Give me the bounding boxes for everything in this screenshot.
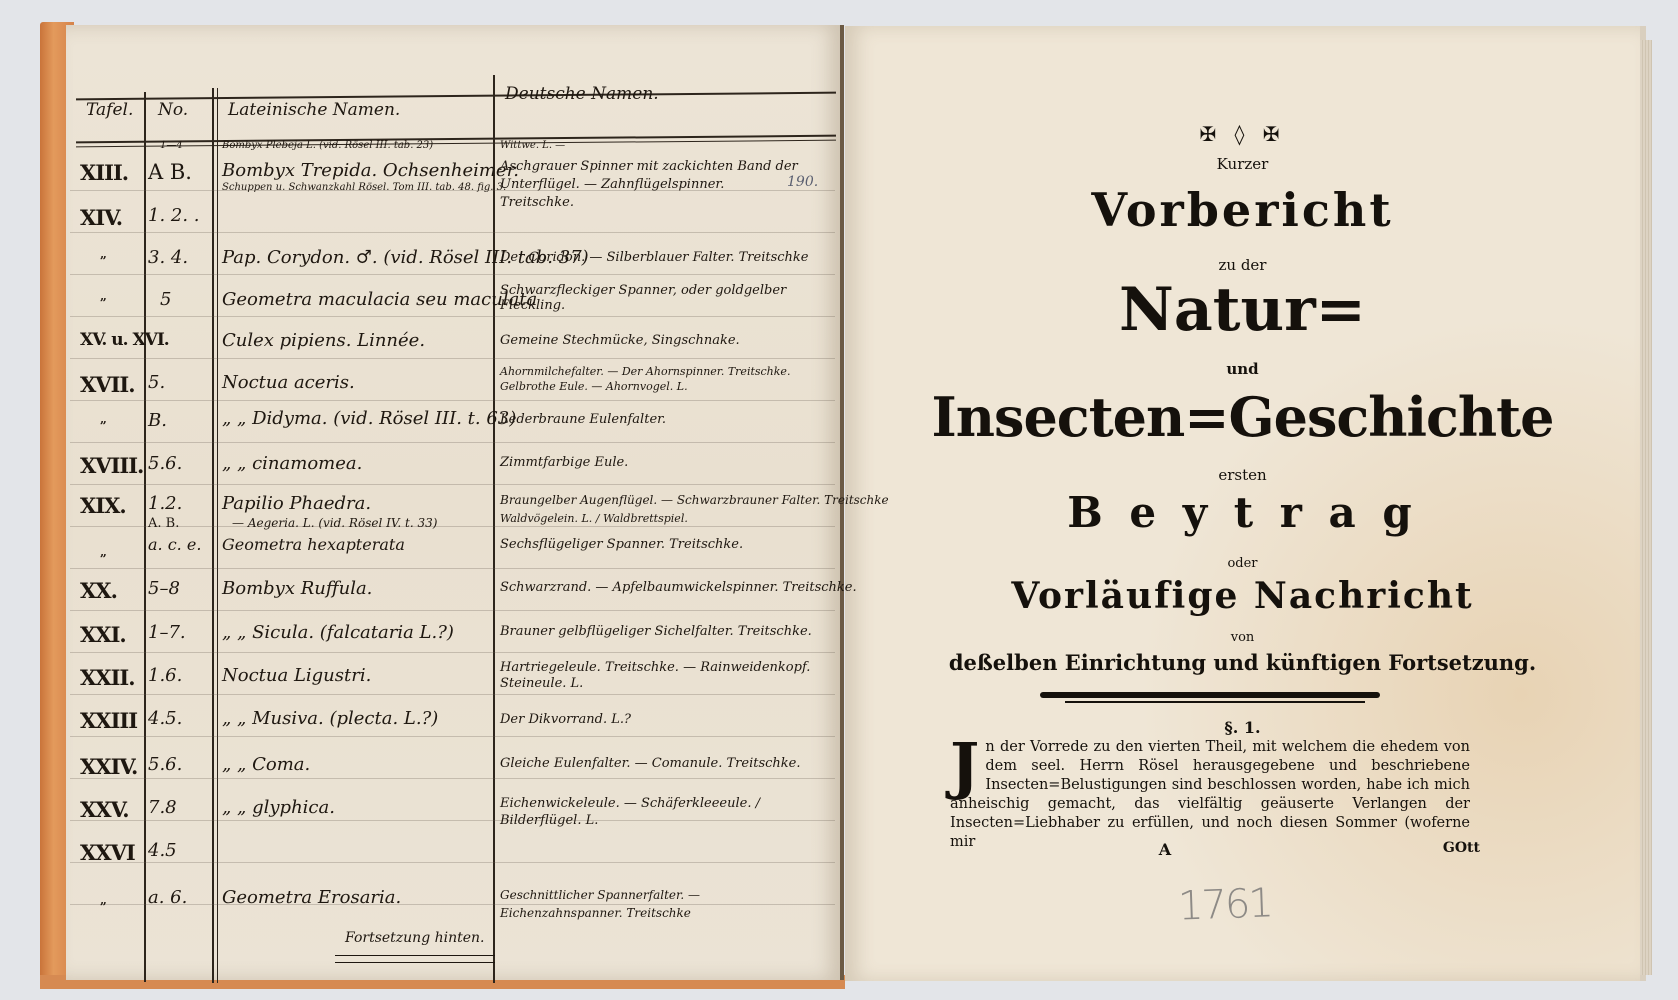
ruled-line	[70, 316, 835, 317]
title-vorbericht: Vorbericht	[845, 183, 1640, 237]
header-tafel: Tafel.	[86, 100, 133, 120]
drop-cap: J	[950, 738, 979, 794]
german-name-cell: Brauner gelbflügeliger Sichelfalter. Tre…	[500, 624, 812, 639]
margin-page-number: 190.	[787, 174, 818, 190]
latin-name-cell: — Aegeria. L. (vid. Rösel IV. t. 33)	[232, 516, 437, 530]
ruled-line	[70, 274, 835, 275]
latin-name-cell: Papilio Phaedra.	[222, 493, 371, 514]
tafel-cell: XV. u. XVI.	[80, 330, 169, 350]
column-divider-3	[493, 75, 495, 983]
ornament-header: ✠ ◊ ✠	[845, 122, 1640, 146]
latin-name-cell: „ „ glyphica.	[222, 797, 335, 818]
latin-name-cell: Geometra hexapterata	[222, 535, 405, 554]
tafel-cell: XXIV.	[80, 754, 137, 779]
number-cell: 7.8	[148, 797, 177, 818]
latin-name-cell: Culex pipiens. Linnée.	[222, 330, 425, 351]
latin-name-cell: Bombyx Trepida. Ochsenheimer.	[222, 160, 519, 181]
title-natur: Natur=	[845, 275, 1640, 345]
number-cell: 1.2.	[148, 493, 182, 514]
german-name-cell: Sechsflügeliger Spanner. Treitschke.	[500, 537, 743, 552]
ruled-line	[70, 232, 835, 233]
ruled-line	[70, 610, 835, 611]
ruled-line	[70, 568, 835, 569]
latin-name-cell: „ „ Sicula. (falcataria L.?)	[222, 622, 454, 643]
tafel-cell: „	[100, 412, 106, 426]
german-name-cell: Lederbraune Eulenfalter.	[500, 412, 666, 427]
title-kurzer: Kurzer	[845, 155, 1640, 173]
number-cell: A. B.	[148, 516, 179, 531]
tafel-cell: XXVI	[80, 840, 135, 865]
column-divider-2	[212, 88, 214, 983]
german-name-cell: Zimmtfarbige Eule.	[500, 455, 628, 470]
german-name-cell: Ahornmilchefalter. — Der Ahornspinner. T…	[500, 364, 820, 394]
title-insecten-geschichte: Insecten=Geschichte	[845, 385, 1640, 449]
latin-name-cell: „ „ cinamomea.	[222, 453, 362, 474]
signature-underline	[335, 962, 495, 963]
german-name-cell: Braungelber Augenflügel. — Schwarzbraune…	[500, 493, 889, 507]
number-cell: a. 6.	[148, 887, 187, 908]
tafel-cell: „	[100, 545, 106, 559]
german-name-cell: Waldvögelein. L. / Waldbrettspiel.	[500, 512, 688, 525]
latin-note: Schuppen u. Schwanzkahl Rösel. Tom III. …	[222, 182, 506, 193]
title-rule-thin	[1065, 701, 1365, 703]
latin-name-cell: „ „ Musiva. (plecta. L.?)	[222, 708, 438, 729]
german-name-cell: Eichenwickeleule. — Schäferkleeeule. / B…	[500, 795, 820, 829]
ruled-line	[70, 484, 835, 485]
tafel-cell: XIV.	[80, 205, 122, 230]
ruled-line	[70, 652, 835, 653]
signature-mark: A	[845, 840, 1485, 859]
german-name-cell: Aschgrauer Spinner mit zackichten Band d…	[500, 158, 800, 212]
number-cell: A B.	[148, 160, 192, 184]
title-subtitle: deßelben Einrichtung und künftigen Forts…	[845, 650, 1640, 675]
body-paragraph: Jn der Vorrede zu den vierten Theil, mit…	[950, 738, 1470, 852]
german-name-cell: Schwarzrand. — Apfelbaumwickelspinner. T…	[500, 580, 857, 595]
number-cell: 5	[160, 289, 171, 310]
latin-name-cell: „ „ Coma.	[222, 754, 310, 775]
number-cell: 1.6.	[148, 665, 182, 686]
latin-name-cell: Bombyx Ruffula.	[222, 578, 372, 599]
tafel-cell: XX.	[80, 578, 117, 603]
number-cell: 5.	[148, 372, 165, 393]
ruled-line	[70, 778, 835, 779]
tafel-cell: XXI.	[80, 622, 126, 647]
tafel-cell: XXIII	[80, 708, 137, 733]
german-name-cell: Gemeine Stechmücke, Singschnake.	[500, 333, 740, 348]
title-vorlaeufige-nachricht: Vorläufige Nachricht	[845, 575, 1640, 617]
tafel-cell: XIII.	[80, 160, 128, 185]
ruled-line	[70, 358, 835, 359]
german-name-cell: Hartriegeleule. Treitschke. — Rainweiden…	[500, 660, 820, 692]
tafel-cell: „	[100, 289, 106, 303]
tafel-cell: XXV.	[80, 797, 129, 822]
title-rule-thick	[1040, 692, 1380, 698]
number-cell: 4.5.	[148, 708, 182, 729]
tafel-cell: „	[100, 893, 106, 907]
ruled-line	[70, 400, 835, 401]
pencil-date-note: 1761	[1177, 880, 1272, 929]
number-cell: 3. 4.	[148, 247, 188, 268]
tafel-cell: XVIII.	[80, 453, 143, 478]
german-name-cell: Der Dikvorrand. L.?	[500, 712, 631, 727]
signature-underline	[335, 955, 495, 956]
header-latin-name: Lateinische Namen.	[228, 100, 400, 120]
column-divider-2b	[217, 88, 218, 983]
body-text: n der Vorrede zu den vierten Theil, mit …	[950, 739, 1470, 850]
ruled-line	[70, 442, 835, 443]
latin-name-cell: Noctua aceris.	[222, 372, 355, 393]
number-cell: 1. 2. .	[148, 205, 200, 226]
title-zu-der: zu der	[845, 256, 1640, 274]
tafel-cell: XVII.	[80, 372, 135, 397]
german-name-cell: Der Coridon. — Silberblauer Falter. Trei…	[500, 250, 809, 265]
tafel-cell: XIX.	[80, 493, 126, 518]
number-cell: 5.6.	[148, 453, 182, 474]
title-und: und	[845, 360, 1640, 378]
german-name-cell: Schwarzfleckiger Spanner, oder goldgelbe…	[500, 283, 800, 313]
title-ersten: ersten	[845, 466, 1640, 484]
continuation-note: Fortsetzung hinten.	[345, 930, 485, 946]
number-cell: 5.6.	[148, 754, 182, 775]
tafel-cell: „	[100, 247, 106, 261]
number-cell: a. c. e.	[148, 535, 201, 554]
title-oder: oder	[845, 556, 1640, 571]
latin-name-cell: Geometra maculacia seu maculata	[222, 289, 537, 310]
number-superscript: 1—4	[160, 140, 183, 151]
title-von: von	[845, 630, 1640, 645]
column-divider-1	[144, 92, 146, 982]
ruled-line	[70, 736, 835, 737]
number-cell: 5–8	[148, 578, 180, 599]
top-note-german: Wittwe. L. —	[500, 140, 565, 151]
catchword: GOtt	[1420, 840, 1480, 856]
number-cell: B.	[148, 410, 167, 431]
page-block-edge	[1640, 40, 1652, 975]
ruled-line	[70, 694, 835, 695]
latin-name-cell: Noctua Ligustri.	[222, 665, 371, 686]
number-cell: 1–7.	[148, 622, 186, 643]
number-cell: 4.5	[148, 840, 177, 861]
top-note-latin: Bombyx Plebeja L. (vid. Rösel III. tab. …	[222, 140, 433, 151]
ruled-line	[70, 526, 835, 527]
ruled-line	[70, 862, 835, 863]
latin-name-cell: „ „ Didyma. (vid. Rösel III. t. 63)	[222, 408, 516, 429]
header-number: No.	[158, 100, 188, 120]
german-name-cell: Gleiche Eulenfalter. — Comanule. Treitsc…	[500, 756, 800, 771]
tafel-cell: XXII.	[80, 665, 135, 690]
latin-name-cell: Geometra Erosaria.	[222, 887, 401, 908]
german-name-cell: Geschnittlicher Spannerfalter. — Eichenz…	[500, 886, 820, 922]
title-beytrag: B e y t r a g	[845, 488, 1640, 537]
header-german-name: Deutsche Namen.	[505, 84, 659, 104]
